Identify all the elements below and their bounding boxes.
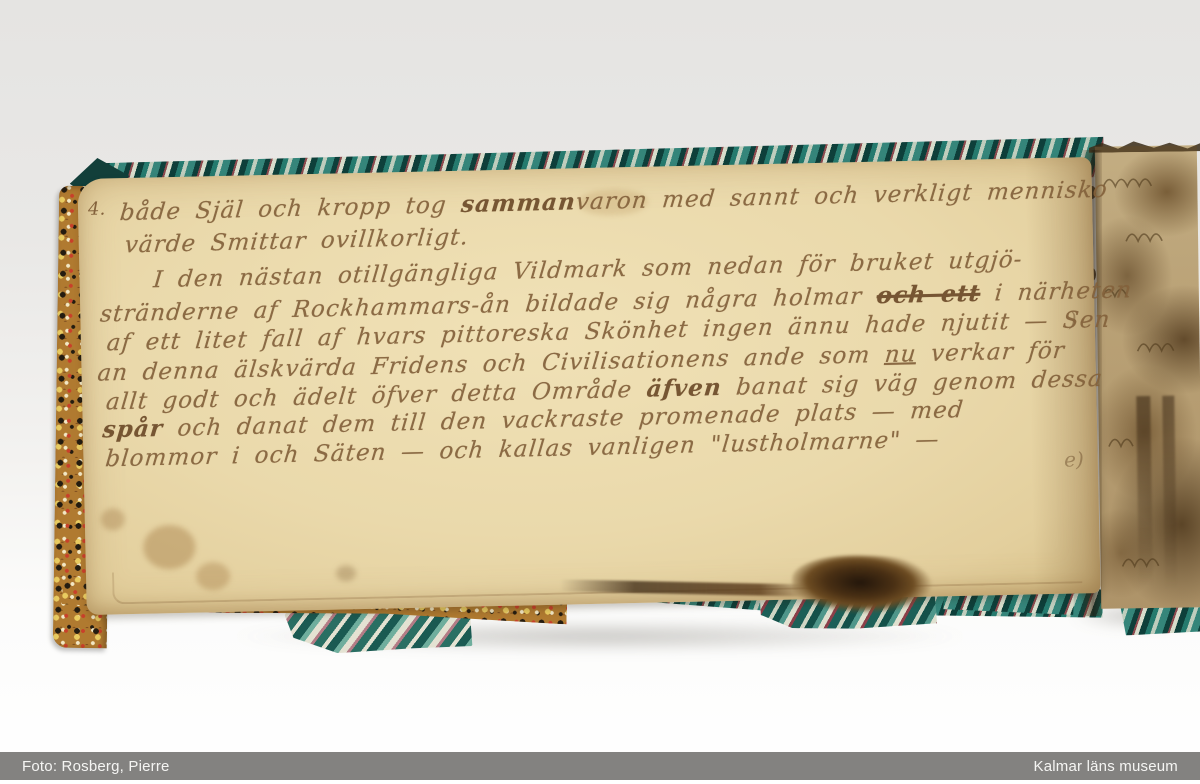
handwriting-segment: både Själ och kropp tog: [119, 192, 463, 226]
handwriting-segment: varon med sannt och verkligt mennisko: [575, 177, 1109, 216]
handwriting-segment: äfven: [645, 374, 723, 403]
caption-photographer: Foto: Rosberg, Pierre: [22, 758, 170, 775]
handwriting-block: både Själ och kropp tog sammanvaron med …: [77, 157, 1100, 615]
ink-doodle-loops: [1095, 145, 1200, 608]
caption-bar: Foto: Rosberg, Pierre Kalmar läns museum: [0, 752, 1200, 780]
handwriting-line: värde Smittar ovillkorligt.: [123, 224, 470, 258]
handwriting-segment: samman: [460, 188, 577, 218]
handwriting-segment: och ett: [875, 280, 981, 310]
handwriting-line: både Själ och kropp tog sammanvaron med …: [119, 176, 1110, 226]
caption-museum: Kalmar läns museum: [1034, 758, 1178, 775]
handwriting-segment: banat sig väg genom dessa: [720, 366, 1104, 401]
handwriting-segment: värde Smittar ovillkorligt.: [123, 224, 470, 258]
book-shadow: [70, 618, 1130, 664]
ink-stained-right-page: [1095, 145, 1200, 608]
handwriting-segment: nu: [884, 341, 918, 368]
handwriting-segment: spår: [101, 415, 164, 443]
notebook-page: ) e) 4. både Själ och kropp tog sammanva…: [77, 157, 1100, 615]
handwriting-segment: i närheten: [979, 277, 1133, 307]
handwriting-segment: verkar för: [915, 338, 1066, 368]
